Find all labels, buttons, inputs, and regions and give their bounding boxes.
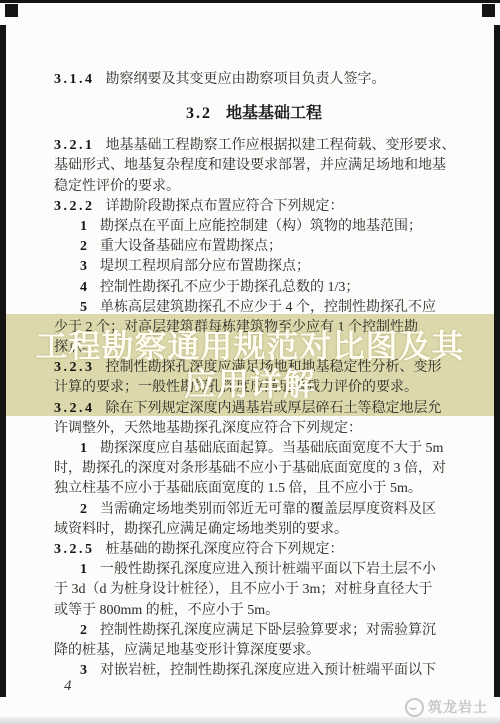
item-number: 4 [80, 280, 87, 295]
scan-mark-top-left [5, 4, 18, 17]
scan-mark-right-bar [494, 25, 500, 697]
text-line: 1一般性勘探孔深度应进入预计桩端平面以下岩土层不小 [54, 560, 454, 580]
line-text: 详勘阶段勘探点布置应符合下列规定： [106, 199, 344, 214]
overlay-title-line1: 工程勘察通用规范对比图及其 [0, 327, 500, 365]
text-line: 1勘探深度应自基础底面起算。当基础底面宽度不大于 5m [54, 439, 454, 459]
item-number: 2 [80, 623, 87, 638]
line-text: 或等于 800mm 的桩，不应小于 5m。 [54, 603, 279, 618]
line-text: 时，勘探孔的深度对条形基础不应小于基础底面宽度的 3 倍，对 [54, 461, 446, 476]
scan-bottom-edge [0, 717, 500, 724]
line-text: 独立柱基不应小于基础底面宽度的 1.5 倍，且不应小于 5m。 [54, 481, 422, 496]
line-text: 降的桩基，应满足地基变形计算深度要求。 [54, 643, 320, 658]
line-text: 控制性勘探孔深度应满足下卧层验算要求；对需验算沉 [100, 623, 436, 638]
text-line: 独立柱基不应小于基础底面宽度的 1.5 倍，且不应小于 5m。 [54, 479, 454, 499]
item-number: 2 [80, 502, 87, 517]
clause-number: 3.1.4 [54, 72, 95, 87]
line-text: 堤坝工程坝肩部分应布置勘探点； [100, 259, 310, 274]
text-line: 2当需确定场地类别而邻近无可靠的覆盖层厚度资料及区 [54, 500, 454, 520]
text-line: 降的桩基，应满足地基变形计算深度要求。 [54, 641, 454, 661]
clause-number: 3.2.2 [54, 199, 95, 214]
text-line: 于 3d（d 为桩身设计桩径），且不应小于 3m；对桩身直径大于 [54, 580, 454, 600]
line-text: 当需确定场地类别而邻近无可靠的覆盖层厚度资料及区 [100, 502, 436, 517]
line-text: 一般性勘探孔深度应进入预计桩端平面以下岩土层不小 [100, 562, 436, 577]
overlay-title-line2: 应用详解 [0, 365, 500, 403]
text-line: 或等于 800mm 的桩，不应小于 5m。 [54, 601, 454, 621]
item-number: 1 [80, 219, 87, 234]
scan-mark-top-rule [0, 0, 500, 3]
item-number: 5 [80, 300, 87, 315]
section-heading: 3.2地基基础工程 [54, 103, 454, 124]
text-line: 3.2.5桩基础的勘探孔深度应符合下列规定： [54, 540, 454, 560]
text-line: 5单栋高层建筑勘探孔不应少于 4 个，控制性勘探孔不应 [54, 298, 454, 318]
line-text: 桩基础的勘探孔深度应符合下列规定： [106, 542, 344, 557]
text-line: 域资料时，勘探孔应满足确定场地类别的要求。 [54, 520, 454, 540]
watermark: 筑龙岩土 [405, 697, 488, 717]
line-text: 于 3d（d 为桩身设计桩径），且不应小于 3m；对桩身直径大于 [54, 582, 432, 597]
item-number: 2 [80, 239, 87, 254]
text-line: 稳定性评价的要求。 [54, 177, 454, 197]
item-number: 3 [80, 663, 87, 678]
text-line: 许调整外，天然地基勘探孔深度应符合下列规定： [54, 419, 454, 439]
text-line: 3堤坝工程坝肩部分应布置勘探点； [54, 257, 454, 277]
line-text: 勘察纲要及其变更应由勘察项目负责人签字。 [106, 72, 386, 87]
line-text: 稳定性评价的要求。 [54, 179, 180, 194]
text-line: 3.2.1地基基础工程勘察工作应根据拟建工程荷载、变形要求、 [54, 136, 454, 156]
line-text: 基础形式、地基复杂程度和建设要求部署，并应满足场地和地基 [54, 158, 446, 173]
text-line: 时，勘探孔的深度对条形基础不应小于基础底面宽度的 3 倍，对 [54, 459, 454, 479]
item-number: 3 [80, 259, 87, 274]
line-text: 控制性勘探孔不应少于勘探孔总数的 1/3； [100, 280, 359, 295]
clause-number: 3.2.5 [54, 542, 95, 557]
line-text: 对嵌岩桩，控制性勘探孔深度应进入预计桩端平面以下 [100, 663, 436, 678]
text-line: 4控制性勘探孔不应少于勘探孔总数的 1/3； [54, 278, 454, 298]
text-line: 基础形式、地基复杂程度和建设要求部署，并应满足场地和地基 [54, 156, 454, 176]
item-number: 1 [80, 441, 87, 456]
document-page: 3.1.4勘察纲要及其变更应由勘察项目负责人签字。3.2地基基础工程3.2.1地… [0, 0, 500, 724]
scan-mark-left-bar [0, 25, 6, 697]
text-line: 2重大设备基础应布置勘探点； [54, 237, 454, 257]
zhulong-logo-icon [405, 698, 424, 717]
item-number: 1 [80, 562, 87, 577]
clause-number: 3.2 [186, 105, 212, 122]
clause-number: 3.2.1 [54, 138, 95, 153]
scan-mark-top-right [482, 4, 495, 17]
line-text: 许调整外，天然地基勘探孔深度应符合下列规定： [54, 421, 362, 436]
watermark-text: 筑龙岩土 [428, 697, 488, 717]
text-line: 3.2.2详勘阶段勘探点布置应符合下列规定： [54, 197, 454, 217]
page-number: 4 [64, 678, 72, 695]
line-text: 重大设备基础应布置勘探点； [100, 239, 282, 254]
overlay-title: 工程勘察通用规范对比图及其 应用详解 [0, 327, 500, 403]
text-line: 3.1.4勘察纲要及其变更应由勘察项目负责人签字。 [54, 70, 454, 90]
line-text: 域资料时，勘探孔应满足确定场地类别的要求。 [54, 522, 348, 537]
line-text: 地基基础工程 [226, 105, 322, 122]
line-text: 勘探点在平面上应能控制建（构）筑物的地基范围； [100, 219, 422, 234]
line-text: 勘探深度应自基础底面起算。当基础底面宽度不大于 5m [100, 441, 443, 456]
line-text: 单栋高层建筑勘探孔不应少于 4 个，控制性勘探孔不应 [100, 300, 436, 315]
text-line: 1勘探点在平面上应能控制建（构）筑物的地基范围； [54, 217, 454, 237]
line-text: 地基基础工程勘察工作应根据拟建工程荷载、变形要求、 [106, 138, 456, 153]
text-line: 2控制性勘探孔深度应满足下卧层验算要求；对需验算沉 [54, 621, 454, 641]
text-line: 3对嵌岩桩，控制性勘探孔深度应进入预计桩端平面以下 [54, 661, 454, 681]
